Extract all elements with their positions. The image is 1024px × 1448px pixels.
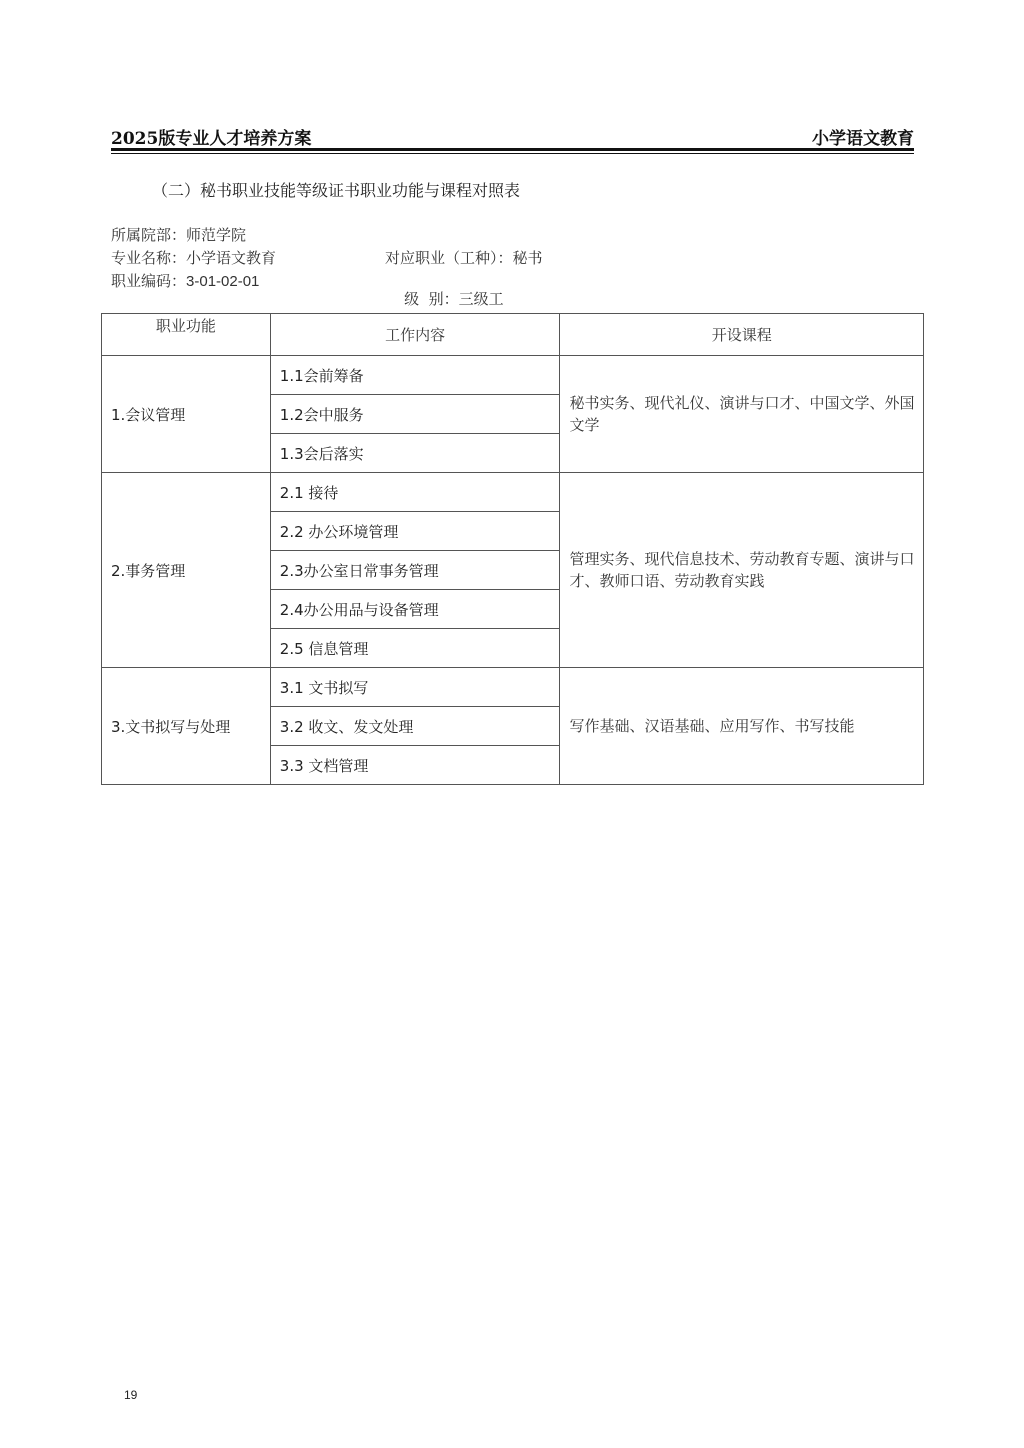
function-cell: 1.会议管理 xyxy=(102,356,271,473)
document-page: 2025版专业人才培养方案 小学语文教育 （二）秘书职业技能等级证书职业功能与课… xyxy=(0,0,1024,1448)
code-line: 职业编码：3-01-02-01 xyxy=(111,270,259,291)
function-course-table: 职业功能 工作内容 开设课程 1.会议管理 1.1会前筹备 秘书实务、现代礼仪、… xyxy=(101,313,924,785)
content-cell: 2.1 接待 xyxy=(270,473,560,512)
code-value: 3-01-02-01 xyxy=(186,273,259,290)
page-number: 19 xyxy=(124,1388,137,1402)
courses-cell: 管理实务、现代信息技术、劳动教育专题、演讲与口才、教师口语、劳动教育实践 xyxy=(560,473,924,668)
header-doc-title: 2025版专业人才培养方案 xyxy=(111,124,311,149)
header-divider xyxy=(111,148,914,154)
department-value: 师范学院 xyxy=(186,226,246,244)
running-header: 2025版专业人才培养方案 小学语文教育 xyxy=(111,124,914,148)
table-row: 2.事务管理 2.1 接待 管理实务、现代信息技术、劳动教育专题、演讲与口才、教… xyxy=(102,473,924,512)
content-cell: 2.5 信息管理 xyxy=(270,629,560,668)
level-value: 三级工 xyxy=(459,290,504,308)
content-cell: 2.4办公用品与设备管理 xyxy=(270,590,560,629)
occupation-value: 秘书 xyxy=(513,249,543,267)
header-content: 工作内容 xyxy=(270,314,560,356)
header-function: 职业功能 xyxy=(102,314,271,356)
content-cell: 1.3会后落实 xyxy=(270,434,560,473)
header-major-name: 小学语文教育 xyxy=(812,124,914,149)
content-cell: 3.3 文档管理 xyxy=(270,746,560,785)
department-line: 所属院部：师范学院 xyxy=(111,224,246,245)
level-label: 级 别： xyxy=(404,290,459,308)
table-header-row: 职业功能 工作内容 开设课程 xyxy=(102,314,924,356)
courses-cell: 写作基础、汉语基础、应用写作、书写技能 xyxy=(560,668,924,785)
table-row: 3.文书拟写与处理 3.1 文书拟写 写作基础、汉语基础、应用写作、书写技能 xyxy=(102,668,924,707)
header-courses: 开设课程 xyxy=(560,314,924,356)
content-cell: 1.2会中服务 xyxy=(270,395,560,434)
content-cell: 3.2 收文、发文处理 xyxy=(270,707,560,746)
major-line: 专业名称：小学语文教育 xyxy=(111,247,276,268)
function-cell: 2.事务管理 xyxy=(102,473,271,668)
function-cell: 3.文书拟写与处理 xyxy=(102,668,271,785)
content-cell: 1.1会前筹备 xyxy=(270,356,560,395)
courses-cell: 秘书实务、现代礼仪、演讲与口才、中国文学、外国文学 xyxy=(560,356,924,473)
occupation-label: 对应职业（工种）： xyxy=(385,249,513,267)
content-cell: 2.3办公室日常事务管理 xyxy=(270,551,560,590)
code-label: 职业编码： xyxy=(111,272,186,290)
major-label: 专业名称： xyxy=(111,249,186,267)
major-value: 小学语文教育 xyxy=(186,249,276,267)
table-row: 1.会议管理 1.1会前筹备 秘书实务、现代礼仪、演讲与口才、中国文学、外国文学 xyxy=(102,356,924,395)
occupation-line: 对应职业（工种）：秘书 xyxy=(385,247,543,268)
content-cell: 3.1 文书拟写 xyxy=(270,668,560,707)
content-cell: 2.2 办公环境管理 xyxy=(270,512,560,551)
section-title: （二）秘书职业技能等级证书职业功能与课程对照表 xyxy=(152,178,520,201)
department-label: 所属院部： xyxy=(111,226,186,244)
